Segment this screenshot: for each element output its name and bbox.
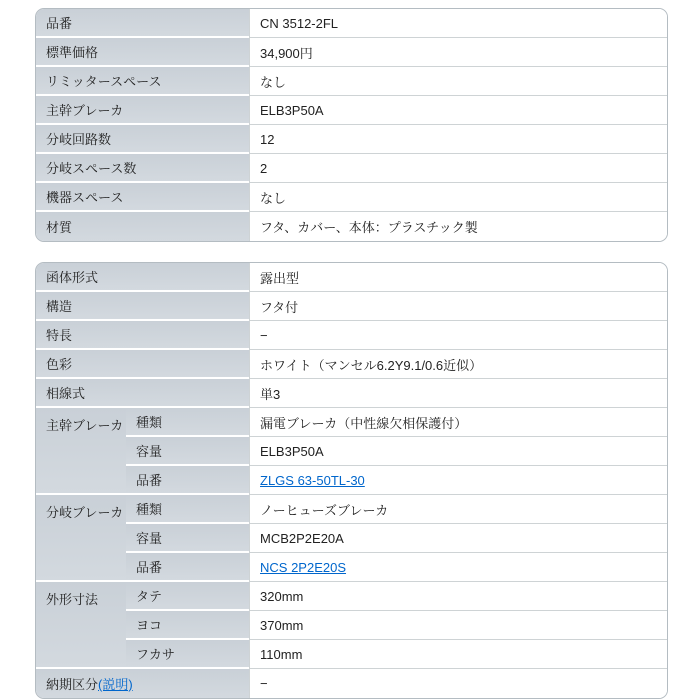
row-value-cell: 単3 xyxy=(249,379,668,408)
table-row: フカサ 110mm xyxy=(36,640,668,669)
row-value-cell: ノーヒューズブレーカ xyxy=(249,495,668,524)
row-value-cell: 漏電ブレーカ（中性線欠相保護付） xyxy=(249,408,668,437)
row-sublabel-cell: 容量 xyxy=(126,524,249,553)
product-spec-page: 品番 CN 3512-2FL 標準価格 34,900円 リミッタースペース なし… xyxy=(0,0,700,700)
row-label-cell: リミッタースペース xyxy=(36,67,249,96)
row-label-cell: 標準価格 xyxy=(36,38,249,67)
row-value-cell: − xyxy=(249,321,668,350)
row-label-cell: 機器スペース xyxy=(36,183,249,212)
main-breaker-part-number-link[interactable]: ZLGS 63-50TL-30 xyxy=(260,473,365,488)
row-value-cell: 2 xyxy=(249,154,668,183)
row-label-cell: 構造 xyxy=(36,292,249,321)
table-row: 構造 フタ付 xyxy=(36,292,668,321)
delivery-label: 納期区分 xyxy=(46,677,98,692)
row-label-cell: 相線式 xyxy=(36,379,249,408)
row-label-cell: 分岐スペース数 xyxy=(36,154,249,183)
row-value-cell: 110mm xyxy=(249,640,668,669)
row-value-cell: NCS 2P2E20S xyxy=(249,553,668,582)
row-sublabel-cell: 容量 xyxy=(126,437,249,466)
group-label-cell: 分岐ブレーカ xyxy=(36,495,126,582)
row-value-cell: CN 3512-2FL xyxy=(249,9,668,38)
row-value-cell: 露出型 xyxy=(249,263,668,292)
row-sublabel-cell: 品番 xyxy=(126,553,249,582)
table-row: 材質 フタ、カバー、本体：プラスチック製 xyxy=(36,212,668,241)
row-label-cell: 色彩 xyxy=(36,350,249,379)
row-value-cell: 12 xyxy=(249,125,668,154)
row-label-cell: 主幹ブレーカ xyxy=(36,96,249,125)
table-row: 色彩 ホワイト（マンセル6.2Y9.1/0.6近似） xyxy=(36,350,668,379)
table-row: 品番 ZLGS 63-50TL-30 xyxy=(36,466,668,495)
table-row: 相線式 単3 xyxy=(36,379,668,408)
row-value-cell: なし xyxy=(249,183,668,212)
row-label-cell: 納期区分(説明) xyxy=(36,669,249,698)
table-row: 外形寸法 タテ 320mm xyxy=(36,582,668,611)
row-label-cell: 特長 xyxy=(36,321,249,350)
row-label-cell: 分岐回路数 xyxy=(36,125,249,154)
table-row: 標準価格 34,900円 xyxy=(36,38,668,67)
detail-spec-table: 函体形式 露出型 構造 フタ付 特長 − 色彩 ホワイト（マンセル6.2Y9.1… xyxy=(35,262,668,699)
row-value-cell: 320mm xyxy=(249,582,668,611)
row-sublabel-cell: タテ xyxy=(126,582,249,611)
row-value-cell: なし xyxy=(249,67,668,96)
table-row: 容量 MCB2P2E20A xyxy=(36,524,668,553)
delivery-info-link[interactable]: (説明) xyxy=(98,677,133,692)
row-sublabel-cell: 品番 xyxy=(126,466,249,495)
row-value-cell: ELB3P50A xyxy=(249,437,668,466)
table-row: 品番 CN 3512-2FL xyxy=(36,9,668,38)
table-row: 主幹ブレーカ ELB3P50A xyxy=(36,96,668,125)
table-row: リミッタースペース なし xyxy=(36,67,668,96)
row-label-cell: 材質 xyxy=(36,212,249,241)
row-value-cell: − xyxy=(249,669,668,698)
table-row: 分岐ブレーカ 種類 ノーヒューズブレーカ xyxy=(36,495,668,524)
table-row: ヨコ 370mm xyxy=(36,611,668,640)
row-value-cell: ホワイト（マンセル6.2Y9.1/0.6近似） xyxy=(249,350,668,379)
group-label-cell: 主幹ブレーカ xyxy=(36,408,126,495)
table-row: 分岐回路数 12 xyxy=(36,125,668,154)
row-value-cell: ELB3P50A xyxy=(249,96,668,125)
row-label-cell: 函体形式 xyxy=(36,263,249,292)
row-value-cell: フタ付 xyxy=(249,292,668,321)
table-row: 函体形式 露出型 xyxy=(36,263,668,292)
table-row: 主幹ブレーカ 種類 漏電ブレーカ（中性線欠相保護付） xyxy=(36,408,668,437)
branch-breaker-part-number-link[interactable]: NCS 2P2E20S xyxy=(260,560,346,575)
table-row: 分岐スペース数 2 xyxy=(36,154,668,183)
group-label-cell: 外形寸法 xyxy=(36,582,126,669)
basic-spec-table: 品番 CN 3512-2FL 標準価格 34,900円 リミッタースペース なし… xyxy=(35,8,668,242)
row-sublabel-cell: 種類 xyxy=(126,408,249,437)
row-label-cell: 品番 xyxy=(36,9,249,38)
row-sublabel-cell: フカサ xyxy=(126,640,249,669)
row-sublabel-cell: ヨコ xyxy=(126,611,249,640)
row-value-cell: 370mm xyxy=(249,611,668,640)
table-row: 機器スペース なし xyxy=(36,183,668,212)
row-sublabel-cell: 種類 xyxy=(126,495,249,524)
row-value-cell: フタ、カバー、本体：プラスチック製 xyxy=(249,212,668,241)
table-row: 納期区分(説明) − xyxy=(36,669,668,698)
table-row: 容量 ELB3P50A xyxy=(36,437,668,466)
row-value-cell: 34,900円 xyxy=(249,38,668,67)
table-row: 特長 − xyxy=(36,321,668,350)
row-value-cell: ZLGS 63-50TL-30 xyxy=(249,466,668,495)
row-value-cell: MCB2P2E20A xyxy=(249,524,668,553)
table-row: 品番 NCS 2P2E20S xyxy=(36,553,668,582)
